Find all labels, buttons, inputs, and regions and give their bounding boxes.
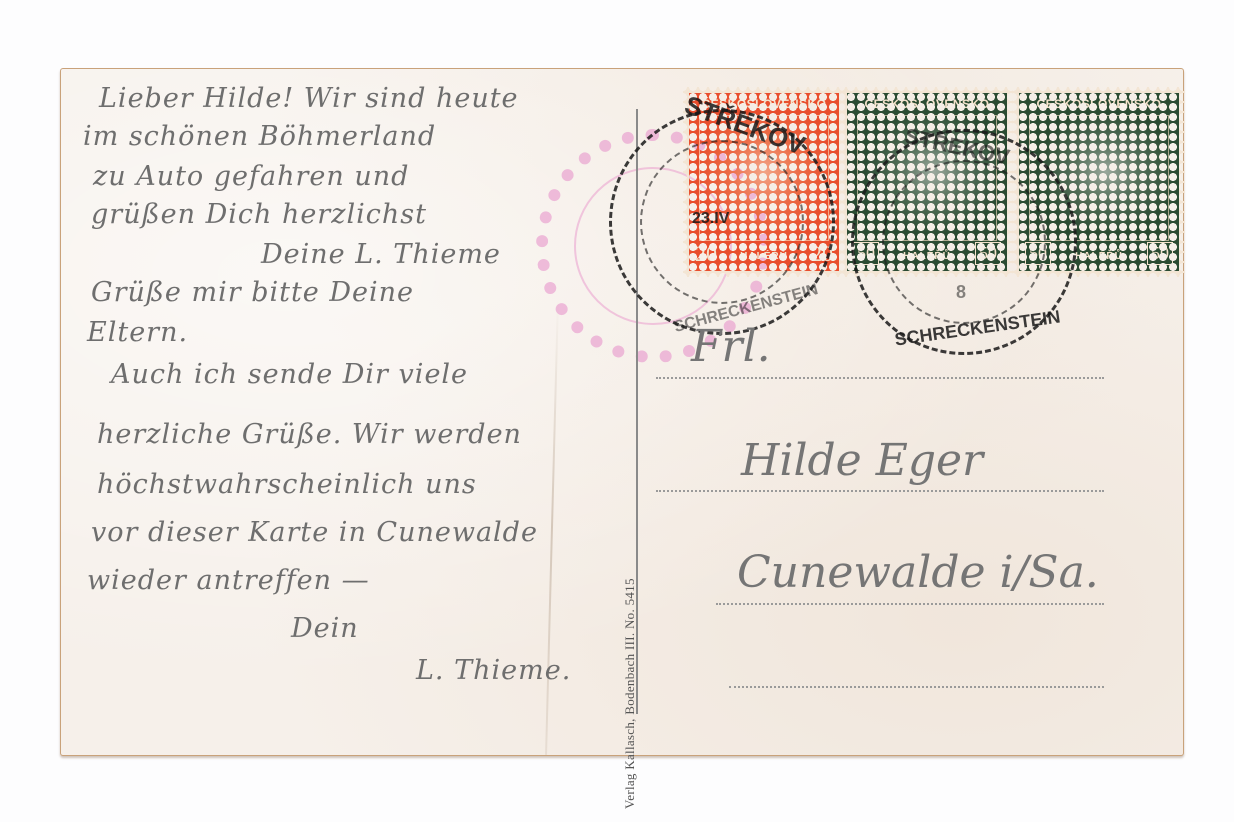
address-name: Hilde Eger bbox=[741, 435, 983, 486]
address-line-1 bbox=[656, 377, 1104, 379]
message-line: Eltern. bbox=[87, 317, 188, 348]
message-line: herzliche Grüße. Wir werden bbox=[97, 419, 522, 450]
message-line: Deine L. Thieme bbox=[261, 239, 501, 270]
postmark-code: 8 bbox=[956, 282, 966, 303]
stamp-country: ČESKOSLOVENSKO bbox=[1019, 97, 1179, 111]
publisher-imprint: Verlag Kallasch, Bodenbach III. No. 5415 bbox=[622, 578, 638, 809]
address-line-3 bbox=[716, 603, 1104, 605]
message-line: Grüße mir bitte Deine bbox=[91, 277, 414, 308]
address-line-2 bbox=[656, 490, 1104, 492]
postcard: Lieber Hilde! Wir sind heute im schönen … bbox=[60, 68, 1184, 756]
postmark-date: 23.IV bbox=[692, 210, 729, 228]
message-line: grüßen Dich herzlichst bbox=[91, 199, 427, 230]
message-line: im schönen Böhmerland bbox=[83, 121, 436, 152]
address-salutation: Frl. bbox=[691, 321, 771, 372]
address-line-4 bbox=[729, 686, 1104, 688]
message-line: zu Auto gefahren und bbox=[93, 161, 409, 192]
message-signature: L. Thieme. bbox=[416, 655, 571, 686]
address-town: Cunewalde i/Sa. bbox=[737, 547, 1099, 598]
message-line: höchstwahrscheinlich uns bbox=[97, 469, 477, 500]
postmark-2: STŘEKOV 8 SCHRECKENSTEIN bbox=[851, 129, 1077, 355]
message-signature: Dein bbox=[291, 613, 359, 644]
postmark-1: STŘEKOV 23.IV SCHRECKENSTEIN bbox=[609, 109, 835, 335]
message-line: vor dieser Karte in Cunewalde bbox=[91, 517, 538, 548]
crease-mark bbox=[545, 299, 559, 755]
stamp-value: 50 bbox=[1147, 242, 1173, 265]
stamp-country: ČESKOSLOVENSKO bbox=[847, 97, 1007, 111]
message-line: Auch ich sende Dir viele bbox=[111, 359, 468, 390]
message-line: Lieber Hilde! Wir sind heute bbox=[99, 83, 519, 114]
message-line: wieder antreffen — bbox=[87, 565, 370, 596]
